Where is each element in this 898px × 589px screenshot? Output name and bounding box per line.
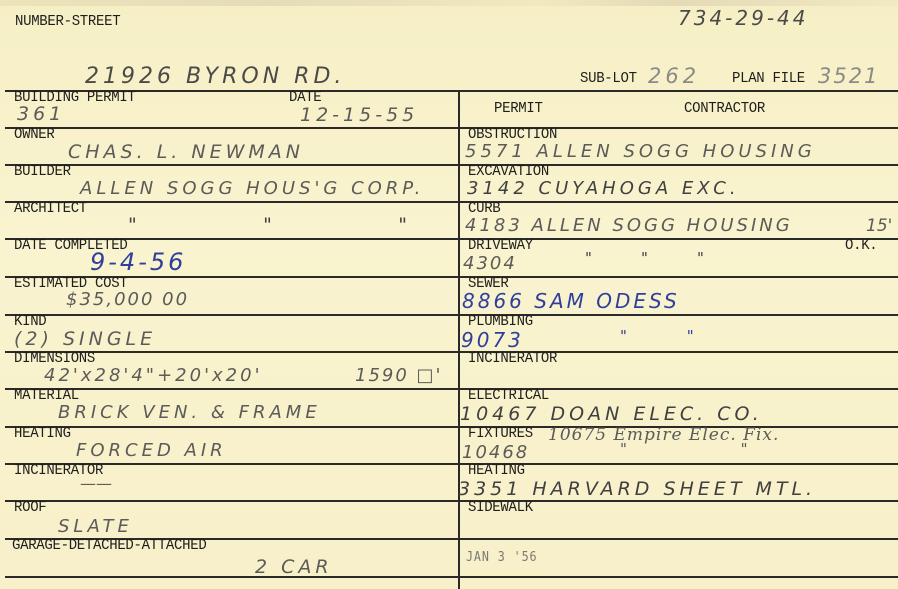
curb-note: 15'	[866, 216, 892, 236]
divider	[458, 276, 898, 278]
plumbing-ditto: " "	[620, 327, 700, 345]
dimensions-area: 1590 □'	[355, 365, 443, 386]
heating-permit-value: 3351 HARVARD SHEET MTL.	[458, 478, 816, 500]
divider	[458, 538, 898, 540]
plan-file-value: 3521	[818, 64, 879, 88]
heating-label: HEATING	[14, 426, 71, 443]
electrical-value: 10467 DOAN ELEC. CO.	[460, 403, 763, 425]
number-street-value: 21926 BYRON RD.	[85, 64, 345, 89]
file-number: 734-29-44	[678, 6, 809, 30]
permit-card: NUMBER-STREET 21926 BYRON RD. 734-29-44 …	[0, 0, 898, 589]
garage-label: GARAGE-DETACHED-ATTACHED	[12, 538, 206, 555]
owner-value: CHAS. L. NEWMAN	[68, 141, 304, 163]
builder-value: ALLEN SOGG HOUS'G CORP.	[80, 178, 424, 199]
building-permit-value: 361	[17, 103, 65, 125]
architect-label: ARCHITECT	[14, 201, 87, 218]
driveway-label: DRIVEWAY	[468, 238, 533, 255]
divider	[5, 90, 898, 92]
divider	[458, 576, 898, 578]
electrical-label: ELECTRICAL	[468, 388, 549, 405]
fixtures-value: 10468	[462, 442, 529, 463]
incinerator-permit-label: INCINERATOR	[468, 351, 557, 368]
divider	[5, 127, 458, 129]
builder-label: BUILDER	[14, 164, 71, 181]
fixtures-label: FIXTURES	[468, 426, 533, 443]
roof-value: SLATE	[58, 516, 133, 537]
date-completed-value: 9-4-56	[90, 248, 186, 276]
kind-value: (2) SINGLE	[14, 328, 156, 350]
sub-lot-label: SUB-LOT	[580, 71, 637, 88]
dimensions-value: 42'x28'4"+20'x20'	[44, 365, 263, 386]
divider	[5, 576, 458, 578]
driveway-note: O.K.	[845, 238, 877, 255]
divider	[458, 201, 898, 203]
incinerator-value: ——	[80, 474, 112, 493]
garage-value: 2 CAR	[255, 556, 333, 578]
divider	[5, 500, 458, 502]
permit-header: PERMIT	[494, 101, 543, 118]
sidewalk-label: SIDEWALK	[468, 500, 533, 517]
number-street-label: NUMBER-STREET	[15, 14, 120, 31]
plan-file-label: PLAN FILE	[732, 71, 805, 88]
material-value: BRICK VEN. & FRAME	[58, 402, 321, 423]
obstruction-value: 5571 ALLEN SOGG HOUSING	[465, 141, 816, 162]
excavation-value: 3142 CUYAHOGA EXC.	[467, 178, 740, 199]
curb-value: 4183 ALLEN SOGG HOUSING	[465, 215, 793, 236]
divider	[5, 314, 458, 316]
owner-label: OWNER	[14, 127, 55, 144]
roof-label: ROOF	[14, 500, 46, 517]
plumbing-value: 9073	[461, 328, 524, 352]
fixtures-ditto: " "	[620, 440, 753, 458]
estimated-cost-value: $35,000 00	[66, 289, 189, 310]
architect-value: " " "	[128, 214, 413, 236]
driveway-ditto: " " "	[585, 249, 710, 267]
driveway-value: 4304	[463, 253, 517, 274]
heating-permit-label: HEATING	[468, 463, 525, 480]
contractor-header: CONTRACTOR	[684, 101, 765, 118]
date-stamp: JAN 3 '56	[466, 550, 538, 565]
divider	[5, 164, 458, 166]
heating-value: FORCED AIR	[76, 440, 227, 461]
sub-lot-value: 262	[648, 64, 700, 88]
divider	[5, 426, 458, 428]
date-value: 12-15-55	[300, 104, 418, 126]
sewer-value: 8866 SAM ODESS	[462, 289, 680, 313]
